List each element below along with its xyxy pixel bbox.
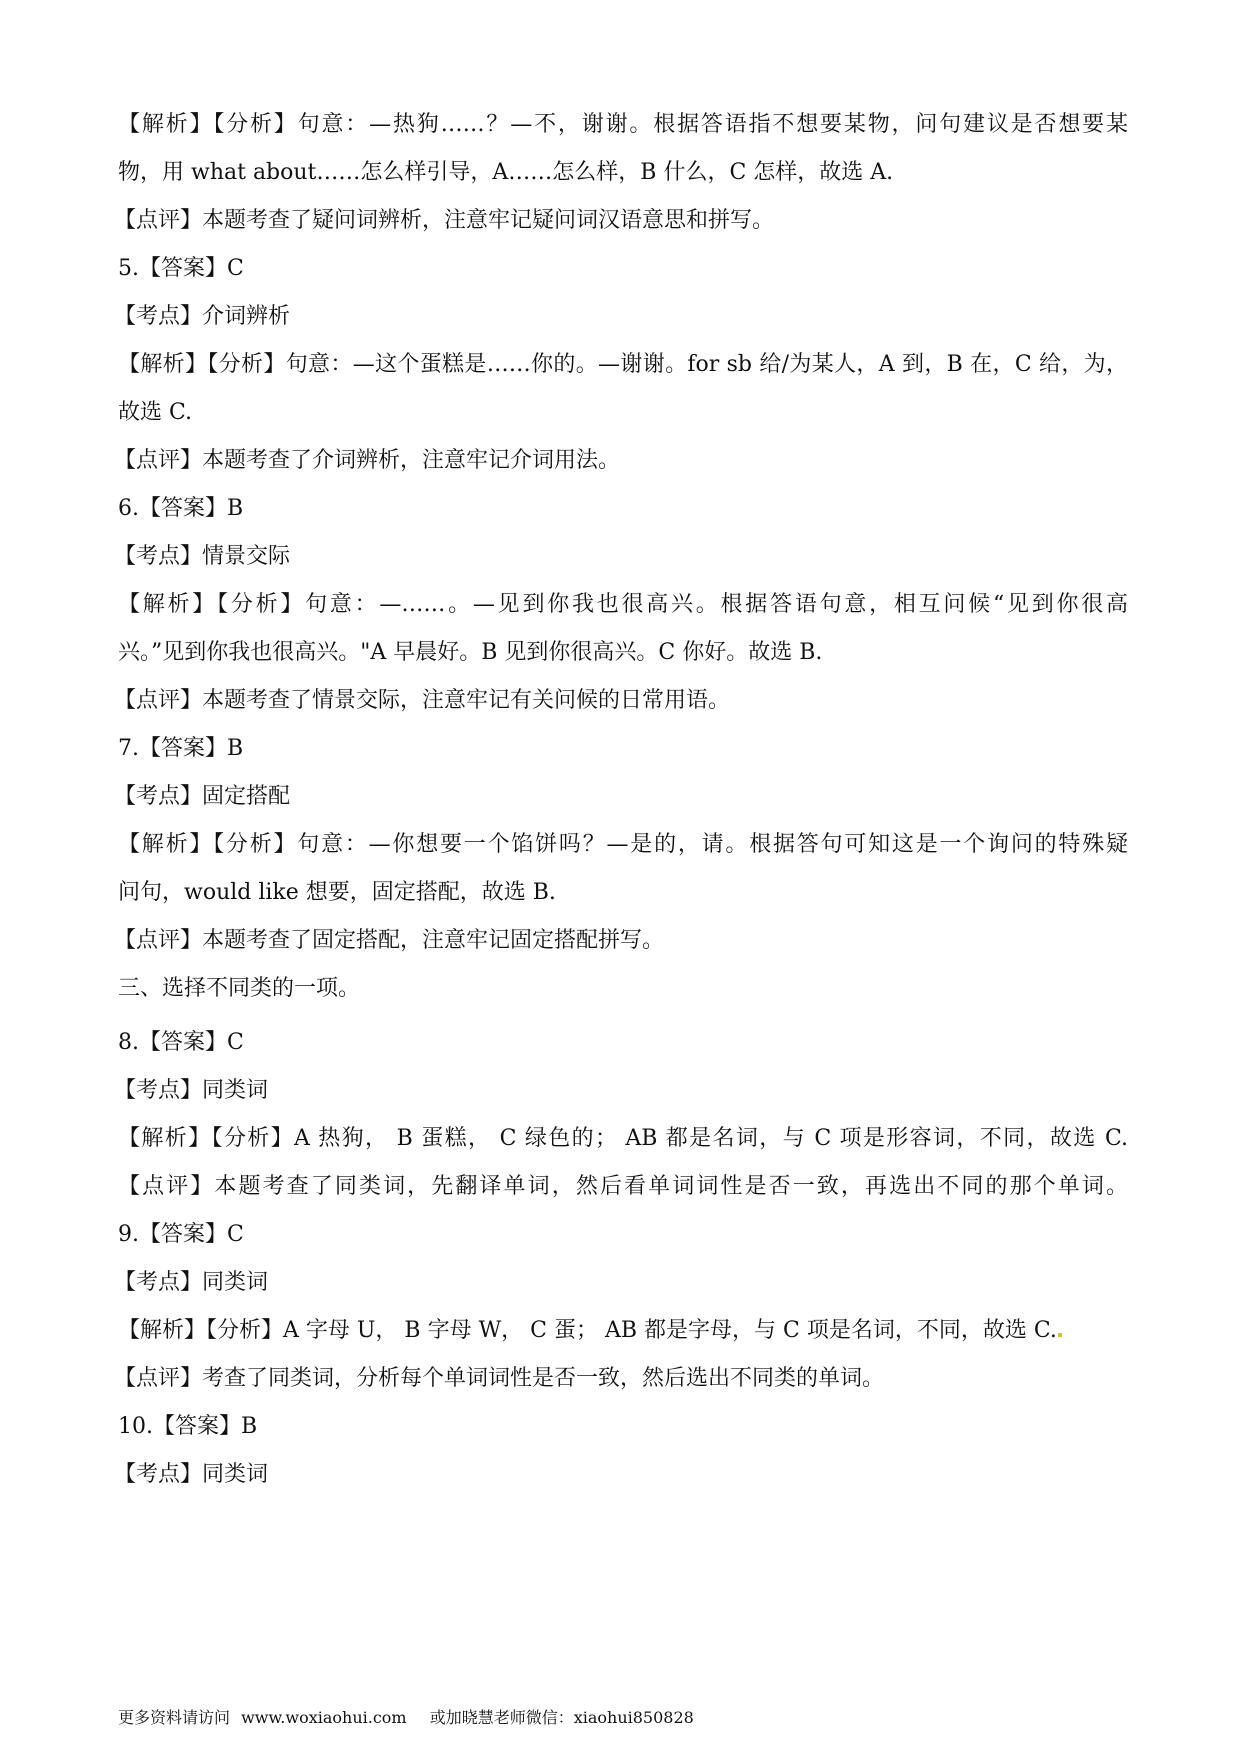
topic-9: 【考点】同类词 <box>114 1270 268 1296</box>
topic-6: 【考点】情景交际 <box>114 544 290 570</box>
comment-line-7: 【点评】本题考查了固定搭配，注意牢记固定搭配拼写。 <box>114 928 664 954</box>
footer-website-link[interactable]: www.woxiaohui.com <box>241 1708 407 1727</box>
comment-line-8: 【点评】本题考查了同类词，先翻译单词，然后看单词词性是否一致，再选出不同的那个单… <box>118 1174 1128 1200</box>
topic-5: 【考点】介词辨析 <box>114 304 290 330</box>
topic-7: 【考点】固定搭配 <box>114 784 290 810</box>
page-footer: 更多资料请访问 www.woxiaohui.com 或加晓慧老师微信：xiaoh… <box>118 1708 694 1728</box>
analysis-line-5a: 【解析】【分析】句意：—这个蛋糕是……你的。—谢谢。for sb 给/为某人，A… <box>118 352 1128 378</box>
footer-prefix: 更多资料请访问 <box>118 1708 230 1727</box>
analysis-line-4a: 【解析】【分析】句意：—热狗……？—不，谢谢。根据答语指不想要某物，问句建议是否… <box>118 112 1128 138</box>
analysis-line-7a: 【解析】【分析】句意：—你想要一个馅饼吗？—是的，请。根据答句可知这是一个询问的… <box>118 832 1128 858</box>
answer-6: 6.【答案】B <box>118 496 243 522</box>
answer-5: 5.【答案】C <box>118 256 244 282</box>
section-heading-3: 三、选择不同类的一项。 <box>118 976 360 1002</box>
analysis-line-7b: 问句，would like 想要，固定搭配，故选 B. <box>118 880 556 906</box>
topic-8: 【考点】同类词 <box>114 1078 268 1104</box>
footer-wechat: 或加晓慧老师微信：xiaohui850828 <box>430 1708 694 1727</box>
topic-10: 【考点】同类词 <box>114 1462 268 1488</box>
comment-line-4: 【点评】本题考查了疑问词辨析，注意牢记疑问词汉语意思和拼写。 <box>114 208 774 234</box>
answer-9: 9.【答案】C <box>118 1222 244 1248</box>
document-page: 【解析】【分析】句意：—热狗……？—不，谢谢。根据答语指不想要某物，问句建议是否… <box>0 0 1241 1754</box>
analysis-line-8: 【解析】【分析】A 热狗， B 蛋糕， C 绿色的； AB 都是名词，与 C 项… <box>118 1126 1128 1152</box>
highlight-mark <box>1058 1333 1062 1337</box>
answer-7: 7.【答案】B <box>118 736 243 762</box>
answer-10: 10.【答案】B <box>118 1414 257 1440</box>
analysis-line-9-wrap: 【解析】【分析】A 字母 U， B 字母 W， C 蛋； AB 都是字母，与 C… <box>118 1318 1130 1344</box>
answer-8: 8.【答案】C <box>118 1030 244 1056</box>
comment-line-5: 【点评】本题考查了介词辨析，注意牢记介词用法。 <box>114 448 620 474</box>
analysis-line-6b: 兴。”见到你我也很高兴。"A 早晨好。B 见到你很高兴。C 你好。故选 B. <box>118 640 822 666</box>
comment-line-6: 【点评】本题考查了情景交际，注意牢记有关问候的日常用语。 <box>114 688 730 714</box>
analysis-line-4b: 物，用 what about……怎么样引导，A……怎么样，B 什么，C 怎样，故… <box>118 160 893 186</box>
analysis-line-9: 【解析】【分析】A 字母 U， B 字母 W， C 蛋； AB 都是字母，与 C… <box>118 1318 1057 1343</box>
analysis-line-6a: 【解析】【分析】句意：—……。—见到你我也很高兴。根据答语句意，相互问候“见到你… <box>118 592 1128 618</box>
analysis-line-5b: 故选 C. <box>118 400 192 426</box>
comment-line-9: 【点评】考查了同类词，分析每个单词词性是否一致，然后选出不同类的单词。 <box>114 1366 884 1392</box>
